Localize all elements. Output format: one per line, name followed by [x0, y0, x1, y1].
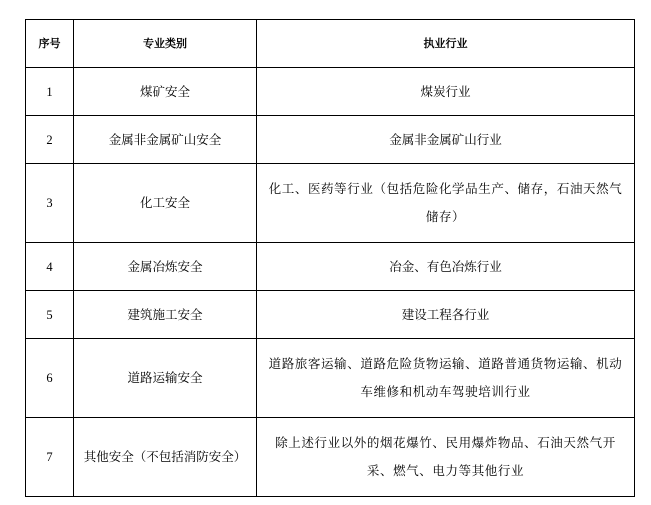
row-industry: 建设工程各行业 — [257, 291, 635, 339]
row-category: 建筑施工安全 — [74, 291, 257, 339]
row-category: 煤矿安全 — [74, 68, 257, 116]
table-header-row: 序号 专业类别 执业行业 — [26, 20, 635, 68]
table-row: 7 其他安全（不包括消防安全） 除上述行业以外的烟花爆竹、民用爆炸物品、石油天然… — [26, 418, 635, 497]
row-index: 3 — [26, 164, 74, 243]
table-row: 1 煤矿安全 煤炭行业 — [26, 68, 635, 116]
header-category: 专业类别 — [74, 20, 257, 68]
row-category: 金属非金属矿山安全 — [74, 116, 257, 164]
row-industry: 化工、医药等行业（包括危险化学品生产、储存，石油天然气储存） — [257, 164, 635, 243]
row-index: 5 — [26, 291, 74, 339]
header-industry: 执业行业 — [257, 20, 635, 68]
row-index: 2 — [26, 116, 74, 164]
row-category: 金属冶炼安全 — [74, 243, 257, 291]
table-row: 5 建筑施工安全 建设工程各行业 — [26, 291, 635, 339]
row-industry: 金属非金属矿山行业 — [257, 116, 635, 164]
row-industry: 冶金、有色冶炼行业 — [257, 243, 635, 291]
safety-specialty-table: 序号 专业类别 执业行业 1 煤矿安全 煤炭行业 2 金属非金属矿山安全 金属非… — [25, 19, 635, 497]
row-industry: 除上述行业以外的烟花爆竹、民用爆炸物品、石油天然气开采、燃气、电力等其他行业 — [257, 418, 635, 497]
table-row: 6 道路运输安全 道路旅客运输、道路危险货物运输、道路普通货物运输、机动车维修和… — [26, 339, 635, 418]
row-category: 道路运输安全 — [74, 339, 257, 418]
row-category: 化工安全 — [74, 164, 257, 243]
row-industry: 道路旅客运输、道路危险货物运输、道路普通货物运输、机动车维修和机动车驾驶培训行业 — [257, 339, 635, 418]
header-index: 序号 — [26, 20, 74, 68]
row-category: 其他安全（不包括消防安全） — [74, 418, 257, 497]
row-index: 4 — [26, 243, 74, 291]
row-index: 7 — [26, 418, 74, 497]
row-index: 6 — [26, 339, 74, 418]
row-index: 1 — [26, 68, 74, 116]
row-industry: 煤炭行业 — [257, 68, 635, 116]
table-row: 4 金属冶炼安全 冶金、有色冶炼行业 — [26, 243, 635, 291]
table-row: 2 金属非金属矿山安全 金属非金属矿山行业 — [26, 116, 635, 164]
table-row: 3 化工安全 化工、医药等行业（包括危险化学品生产、储存，石油天然气储存） — [26, 164, 635, 243]
